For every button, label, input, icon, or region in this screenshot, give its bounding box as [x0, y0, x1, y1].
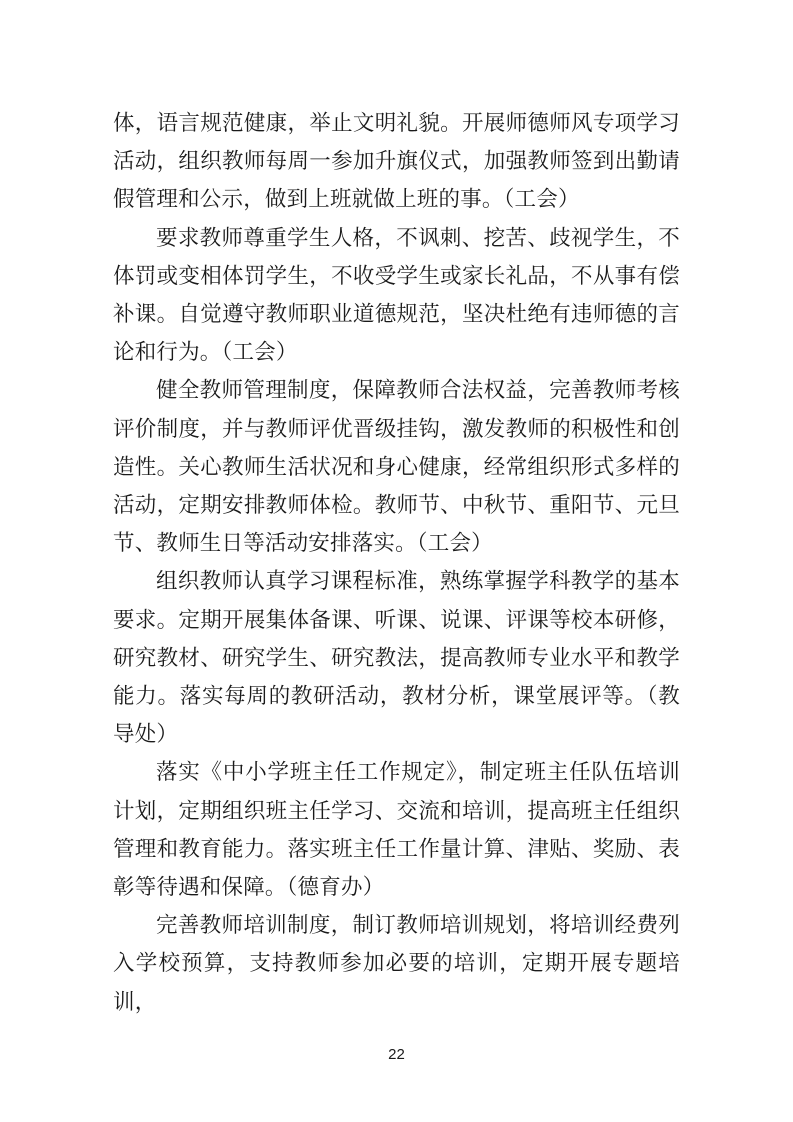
- paragraph-teacher-training: 完善教师培训制度，制订教师培训规划，将培训经费列入学校预算，支持教师参加必要的培…: [113, 906, 680, 1021]
- paragraph-continuation: 体，语言规范健康，举止文明礼貌。开展师德师风专项学习活动，组织教师每周一参加升旗…: [113, 104, 680, 219]
- paragraph-teacher-management: 健全教师管理制度，保障教师合法权益，完善教师考核评价制度，并与教师评优晋级挂钩，…: [113, 371, 680, 562]
- paragraph-class-teacher: 落实《中小学班主任工作规定》，制定班主任队伍培训计划，定期组织班主任学习、交流和…: [113, 753, 680, 906]
- document-body: 体，语言规范健康，举止文明礼貌。开展师德师风专项学习活动，组织教师每周一参加升旗…: [113, 104, 680, 1021]
- page-number: 22: [0, 1045, 793, 1065]
- paragraph-curriculum-research: 组织教师认真学习课程标准，熟练掌握学科教学的基本要求。定期开展集体备课、听课、说…: [113, 562, 680, 753]
- paragraph-teacher-ethics: 要求教师尊重学生人格，不讽刺、挖苦、歧视学生，不体罚或变相体罚学生，不收受学生或…: [113, 219, 680, 372]
- document-page: 体，语言规范健康，举止文明礼貌。开展师德师风专项学习活动，组织教师每周一参加升旗…: [0, 0, 793, 1122]
